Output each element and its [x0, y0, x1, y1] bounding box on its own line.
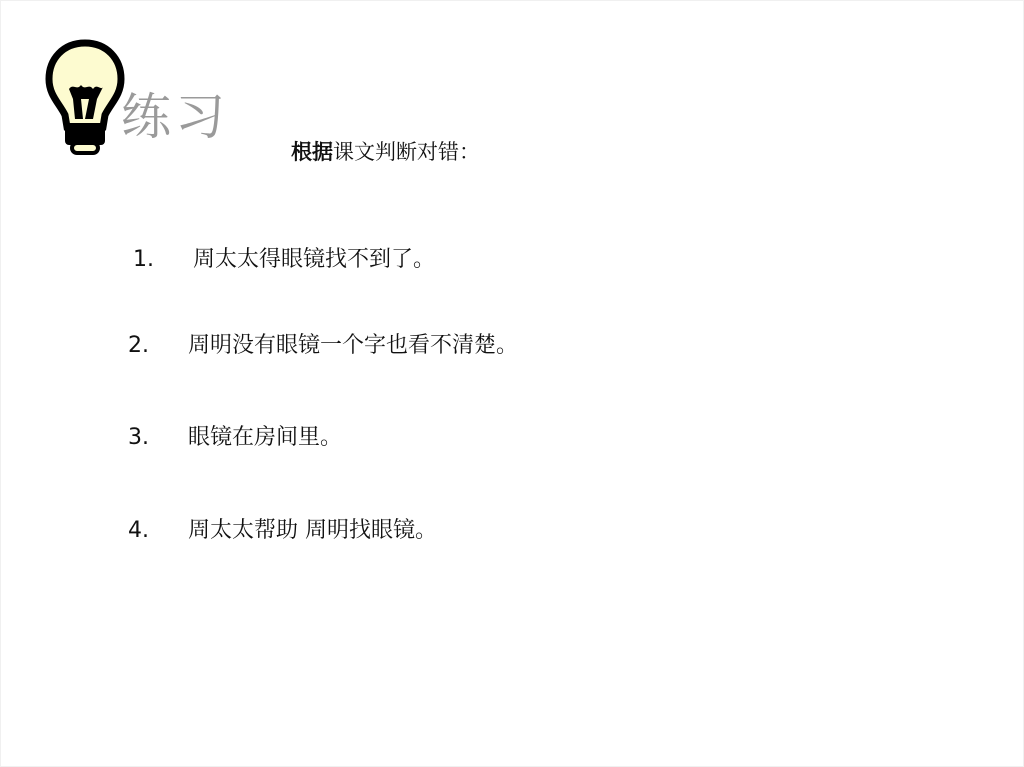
lightbulb-icon [45, 39, 125, 155]
instruction: 根据课文判断对错： [291, 137, 480, 167]
list-item: 4. 周太太帮助 周明找眼镜。 [128, 516, 437, 546]
item-text: 周明没有眼镜一个字也看不清楚。 [188, 331, 518, 361]
instruction-bold: 根据 [291, 140, 333, 164]
list-item: 3. 眼镜在房间里。 [128, 423, 342, 453]
item-text: 周太太得眼镜找不到了。 [193, 245, 435, 275]
slide-title: 练习 [121, 87, 229, 147]
instruction-rest: 课文判断对错： [333, 140, 480, 164]
item-text: 眼镜在房间里。 [188, 423, 342, 453]
list-item: 2. 周明没有眼镜一个字也看不清楚。 [128, 331, 518, 361]
item-text: 周太太帮助 周明找眼镜。 [188, 516, 437, 546]
item-number: 2. [128, 331, 188, 361]
list-item: 1. 周太太得眼镜找不到了。 [133, 245, 435, 275]
slide: 练习 根据课文判断对错： 1. 周太太得眼镜找不到了。 2. 周明没有眼镜一个字… [0, 0, 1024, 767]
item-number: 4. [128, 516, 188, 546]
item-number: 1. [133, 245, 193, 275]
item-number: 3. [128, 423, 188, 453]
